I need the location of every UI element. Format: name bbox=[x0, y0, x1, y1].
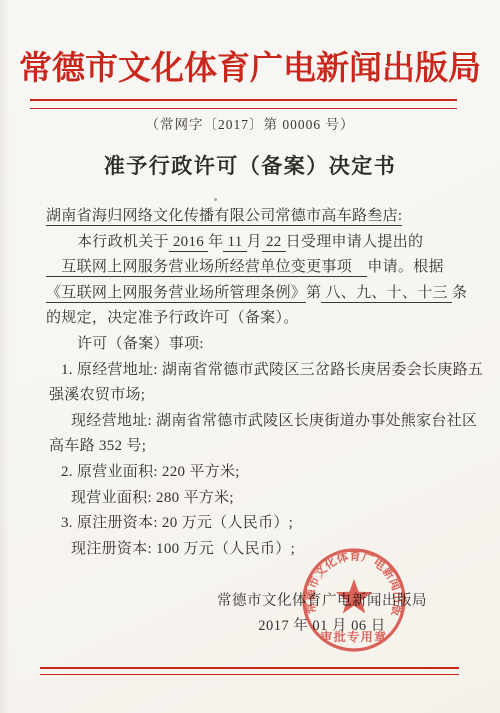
item-original-area: 2. 原营业面积: 220 平方米; bbox=[46, 460, 464, 486]
recipient-line: 湖南省海归网络文化传播有限公司常德市高车路叁店: bbox=[46, 204, 464, 230]
document-body: 湖南省海归网络文化传播有限公司常德市高车路叁店: 本行政机关于 2016 年 1… bbox=[46, 204, 464, 562]
document-title: 准予行政许可（备案）决定书 bbox=[0, 150, 500, 180]
acceptance-post: 日受理申请人提出的 bbox=[286, 234, 424, 250]
accept-year-blank: 2016 bbox=[169, 234, 208, 252]
month-unit: 月 bbox=[247, 234, 262, 250]
accept-month-blank: 11 bbox=[223, 234, 246, 252]
item-original-address-1: 1. 原经营地址: 湖南省常德市武陵区三岔路长庚居委会长庚路五 bbox=[46, 358, 464, 384]
year-unit: 年 bbox=[208, 234, 223, 250]
basis-post: 条 bbox=[452, 285, 467, 301]
accept-day-blank: 22 bbox=[262, 234, 286, 252]
item-current-capital: 现注册资本: 100 万元（人民币）; bbox=[46, 537, 464, 563]
item-current-address-1: 现经营地址: 湖南省常德市武陵区长庚街道办事处熊家台社区 bbox=[46, 409, 464, 435]
footer-double-rule bbox=[40, 667, 459, 675]
document-number: （常网字〔2017〕第 00006 号） bbox=[0, 113, 500, 133]
articles-blank: 八、九、十、十三 bbox=[321, 285, 452, 303]
signature-org: 常德市文化体育广电新闻出版局 bbox=[217, 589, 427, 614]
header-double-rule bbox=[30, 99, 457, 109]
document-page: 常德市文化体育广电新闻出版局 （常网字〔2017〕第 00006 号） 准予行政… bbox=[0, 0, 500, 713]
item-current-address-2: 高车路 352 号; bbox=[46, 434, 464, 460]
item-original-capital: 3. 原注册资本: 20 万元（人民币）; bbox=[46, 511, 464, 537]
signature-block: 常德市文化体育广电新闻出版局 2017 年 01 月 06 日 bbox=[217, 589, 427, 639]
decision-line: 的规定，决定准予行政许可（备案）。 bbox=[46, 306, 464, 332]
item-current-area: 现营业面积: 280 平方米; bbox=[46, 486, 464, 512]
recipient-name: 湖南省海归网络文化传播有限公司常德市高车路叁店: bbox=[46, 208, 402, 226]
matter-blank: 互联网上网服务营业场所经营单位变更事项 bbox=[46, 259, 367, 277]
item-original-address-2: 强溪农贸市场; bbox=[46, 383, 464, 409]
issuing-authority-title: 常德市文化体育广电新闻出版局 bbox=[0, 42, 500, 89]
scan-edge-shadow bbox=[0, 0, 10, 713]
matter-line: 互联网上网服务营业场所经营单位变更事项 申请。根据 bbox=[46, 255, 464, 281]
matter-post: 申请。根据 bbox=[367, 259, 444, 275]
acceptance-line: 本行政机关于 2016 年 11 月 22 日受理申请人提出的 bbox=[46, 230, 464, 256]
scan-speck bbox=[214, 198, 217, 201]
items-heading: 许可（备案）事项: bbox=[46, 332, 464, 358]
acceptance-pre: 本行政机关于 bbox=[77, 234, 169, 250]
basis-mid: 第 bbox=[306, 285, 321, 301]
regulation-title: 《互联网上网服务营业场所管理条例》 bbox=[46, 285, 306, 303]
legal-basis-line: 《互联网上网服务营业场所管理条例》第 八、九、十、十三 条 bbox=[46, 281, 464, 307]
signature-date: 2017 年 01 月 06 日 bbox=[217, 614, 427, 639]
